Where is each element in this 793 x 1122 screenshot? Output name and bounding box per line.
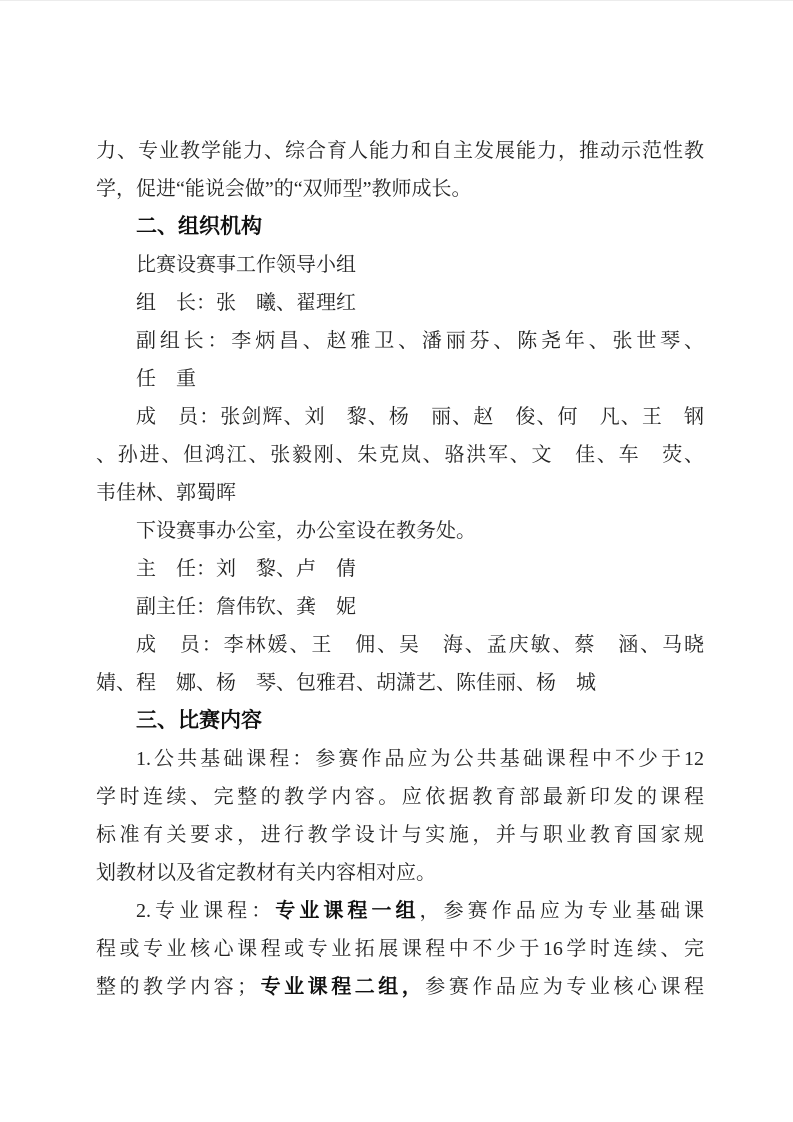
text-run: 任 重 [136, 368, 196, 390]
text-run: 组 长：张 曦、翟理红 [136, 292, 356, 314]
text-run: 婧、程 娜、杨 琴、包雅君、胡潇艺、陈佳丽、杨 城 [96, 672, 596, 694]
bold-run: 专业课程二组， [257, 976, 425, 998]
section-heading: 三、比赛内容 [96, 702, 704, 740]
text-run: 成 员：李林媛、王 佣、吴 海、孟庆敏、蔡 涵、马晓 [136, 634, 704, 656]
text-run: 韦佳林、郭蜀晖 [96, 482, 236, 504]
text-run: 学，促进“能说会做”的“双师型”教师成长。 [96, 178, 472, 200]
text-run: 成 员：张剑辉、刘 黎、杨 丽、赵 俊、何 凡、王 钢 [136, 406, 704, 428]
text-line: 比赛设赛事工作领导小组 [96, 246, 704, 284]
text-line: 学，促进“能说会做”的“双师型”教师成长。 [96, 170, 704, 208]
text-line: 韦佳林、郭蜀晖 [96, 474, 704, 512]
text-line: 标准有关要求，进行教学设计与实施，并与职业教育国家规 [96, 816, 704, 854]
text-run: 主 任：刘 黎、卢 倩 [136, 558, 356, 580]
section-heading: 二、组织机构 [96, 208, 704, 246]
text-run: 程或专业核心课程或专业拓展课程中不少于16学时连续、完 [96, 938, 704, 960]
text-line: 副主任：詹伟钦、龚 妮 [96, 588, 704, 626]
text-run: ，参赛作品应为专业基础课 [420, 900, 704, 922]
text-line: 组 长：张 曦、翟理红 [96, 284, 704, 322]
text-run: 整的教学内容； [96, 976, 257, 998]
document-page: 力、专业教学能力、综合育人能力和自主发展能力，推动示范性教学，促进“能说会做”的… [0, 0, 793, 1122]
text-line: 成 员：李林媛、王 佣、吴 海、孟庆敏、蔡 涵、马晓 [96, 626, 704, 664]
text-line: 成 员：张剑辉、刘 黎、杨 丽、赵 俊、何 凡、王 钢 [96, 398, 704, 436]
text-run: 下设赛事办公室，办公室设在教务处。 [136, 520, 476, 542]
text-line: 划教材以及省定教材有关内容相对应。 [96, 854, 704, 892]
text-line: 整的教学内容；专业课程二组，参赛作品应为专业核心课程 [96, 968, 704, 1006]
bold-run: 二、组织机构 [136, 215, 262, 238]
text-run: 标准有关要求，进行教学设计与实施，并与职业教育国家规 [96, 824, 704, 846]
text-line: 任 重 [96, 360, 704, 398]
text-run: 1.公共基础课程：参赛作品应为公共基础课程中不少于12 [136, 748, 704, 770]
text-line: 、孙进、但鸿江、张毅刚、朱克岚、骆洪军、文 佳、车 荧、 [96, 436, 704, 474]
text-run: 力、专业教学能力、综合育人能力和自主发展能力，推动示范性教 [96, 140, 704, 162]
text-line: 程或专业核心课程或专业拓展课程中不少于16学时连续、完 [96, 930, 704, 968]
text-run: 参赛作品应为专业核心课程 [425, 976, 704, 998]
text-line: 主 任：刘 黎、卢 倩 [96, 550, 704, 588]
text-run: 划教材以及省定教材有关内容相对应。 [96, 862, 436, 884]
text-run: 副组长：李炳昌、赵雅卫、潘丽芬、陈尧年、张世琴、 [136, 330, 704, 352]
text-run: 学时连续、完整的教学内容。应依据教育部最新印发的课程 [96, 786, 704, 808]
document-body: 力、专业教学能力、综合育人能力和自主发展能力，推动示范性教学，促进“能说会做”的… [96, 132, 704, 1006]
text-line: 下设赛事办公室，办公室设在教务处。 [96, 512, 704, 550]
text-run: 副主任：詹伟钦、龚 妮 [136, 596, 356, 618]
text-run: 2.专业课程： [136, 900, 275, 922]
text-line: 1.公共基础课程：参赛作品应为公共基础课程中不少于12 [96, 740, 704, 778]
bold-run: 专业课程一组 [275, 900, 419, 922]
text-run: 、孙进、但鸿江、张毅刚、朱克岚、骆洪军、文 佳、车 荧、 [96, 444, 704, 466]
text-run: 比赛设赛事工作领导小组 [136, 254, 356, 276]
text-line: 学时连续、完整的教学内容。应依据教育部最新印发的课程 [96, 778, 704, 816]
text-line: 力、专业教学能力、综合育人能力和自主发展能力，推动示范性教 [96, 132, 704, 170]
bold-run: 三、比赛内容 [136, 709, 262, 732]
text-line: 副组长：李炳昌、赵雅卫、潘丽芬、陈尧年、张世琴、 [96, 322, 704, 360]
text-line: 2.专业课程：专业课程一组，参赛作品应为专业基础课 [96, 892, 704, 930]
text-line: 婧、程 娜、杨 琴、包雅君、胡潇艺、陈佳丽、杨 城 [96, 664, 704, 702]
